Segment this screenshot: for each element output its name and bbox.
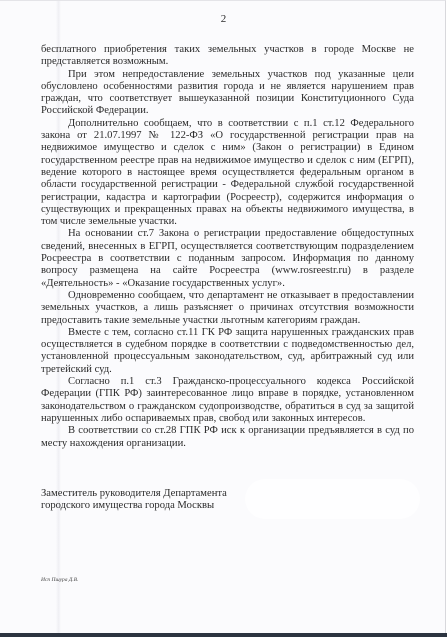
paragraph-7: Согласно п.1 ст.3 Гражданско-процессуаль… [41, 376, 414, 425]
letter-body: бесплатного приобретения таких земельных… [41, 44, 414, 450]
signature-block: Заместитель руководителя Департамента го… [41, 488, 227, 513]
paragraph-3: Дополнительно сообщаем, что в соответств… [41, 118, 414, 229]
redacted-signature-area [245, 479, 420, 519]
paragraph-8: В соответствии со ст.28 ГПК РФ иск к орг… [41, 425, 414, 450]
document-page: 2 бесплатного приобретения таких земельн… [0, 0, 446, 634]
paragraph-5: Одновременно сообщаем, что департамент н… [41, 290, 414, 327]
signature-title-line-2: городского имущества города Москвы [41, 500, 227, 512]
paragraph-6: Вместе с тем, согласно ст.11 ГК РФ защит… [41, 327, 414, 376]
scan-bottom-edge [0, 633, 447, 637]
executor-note: Исп Пшура Д.В. [41, 577, 79, 583]
paragraph-2: При этом непредоставление земельных учас… [41, 69, 414, 118]
paragraph-4: На основании ст.7 Закона о регистрации п… [41, 228, 414, 289]
signature-title-line-1: Заместитель руководителя Департамента [41, 488, 227, 500]
paragraph-1: бесплатного приобретения таких земельных… [41, 44, 414, 69]
page-number: 2 [0, 13, 447, 25]
